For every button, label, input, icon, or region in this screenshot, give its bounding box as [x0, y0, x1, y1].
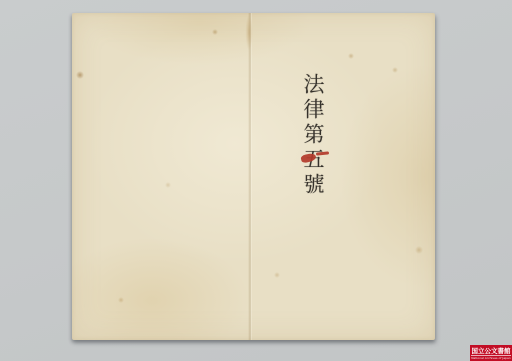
- document-paper: 法律第五號: [72, 13, 435, 340]
- title-prefix: 法律第: [301, 73, 325, 148]
- archives-watermark: 国立公文書館 National Archives of Japan: [470, 345, 512, 361]
- fold-top-stain: [244, 13, 254, 61]
- center-fold-crease: [248, 13, 252, 340]
- calligraphy-title: 法律第五號: [298, 73, 328, 223]
- watermark-japanese-label: 国立公文書館: [472, 347, 511, 355]
- watermark-english-label: National Archives of Japan: [471, 355, 511, 360]
- title-suffix: 號: [301, 173, 325, 198]
- scan-background: 法律第五號 国立公文書館 National Archives of Japan: [0, 0, 512, 361]
- title-number: 五: [298, 148, 328, 173]
